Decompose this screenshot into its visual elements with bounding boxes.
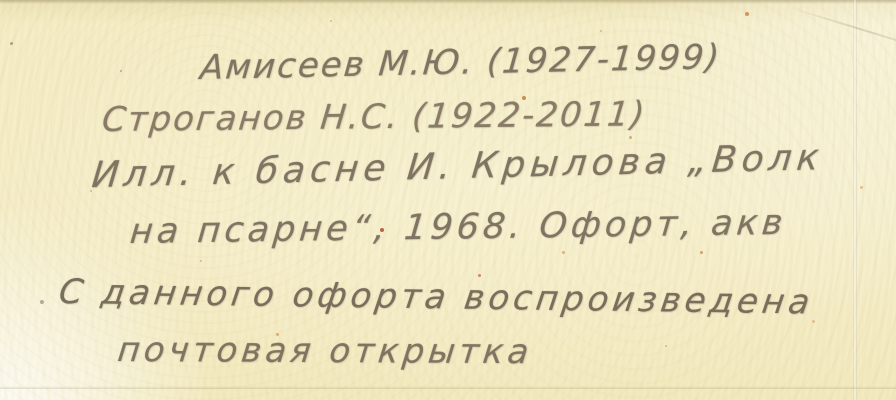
handwritten-line-title-2: на псарне“, 1968. Офорт, акв	[128, 203, 788, 252]
foxing-spot	[478, 274, 481, 277]
vertical-crease	[853, 0, 857, 400]
foxing-spot	[40, 300, 44, 304]
handwritten-line-note-1: С данного офорта воспроизведена	[57, 272, 817, 322]
handwritten-line-artist-2: Строганов Н.С. (1922-2011)	[100, 94, 648, 140]
handwritten-line-note-2: почтовая открытка	[116, 330, 535, 372]
foxing-spot	[700, 251, 703, 254]
foxing-spot	[665, 345, 667, 347]
aged-paper-card: Амисеев М.Ю. (1927-1999) Строганов Н.С. …	[0, 0, 896, 400]
foxing-spot	[562, 251, 565, 254]
foxing-spot	[629, 136, 632, 139]
foxing-spot	[745, 12, 749, 16]
paper-bottom-edge-shadow	[0, 386, 896, 389]
foxing-spot	[200, 260, 202, 262]
foxing-spot	[120, 70, 122, 72]
handwritten-line-artist-1: Амисеев М.Ю. (1927-1999)	[199, 37, 723, 88]
paper-top-edge-shadow	[0, 0, 896, 4]
handwritten-line-title-1: Илл. к басне И. Крылова „Волк	[90, 137, 826, 196]
foxing-spot	[860, 186, 863, 189]
foxing-spot	[330, 20, 332, 22]
foxing-spot	[10, 42, 13, 45]
foxing-spot	[812, 320, 815, 323]
foxing-spot	[600, 30, 602, 32]
diagonal-crease	[787, 6, 896, 52]
